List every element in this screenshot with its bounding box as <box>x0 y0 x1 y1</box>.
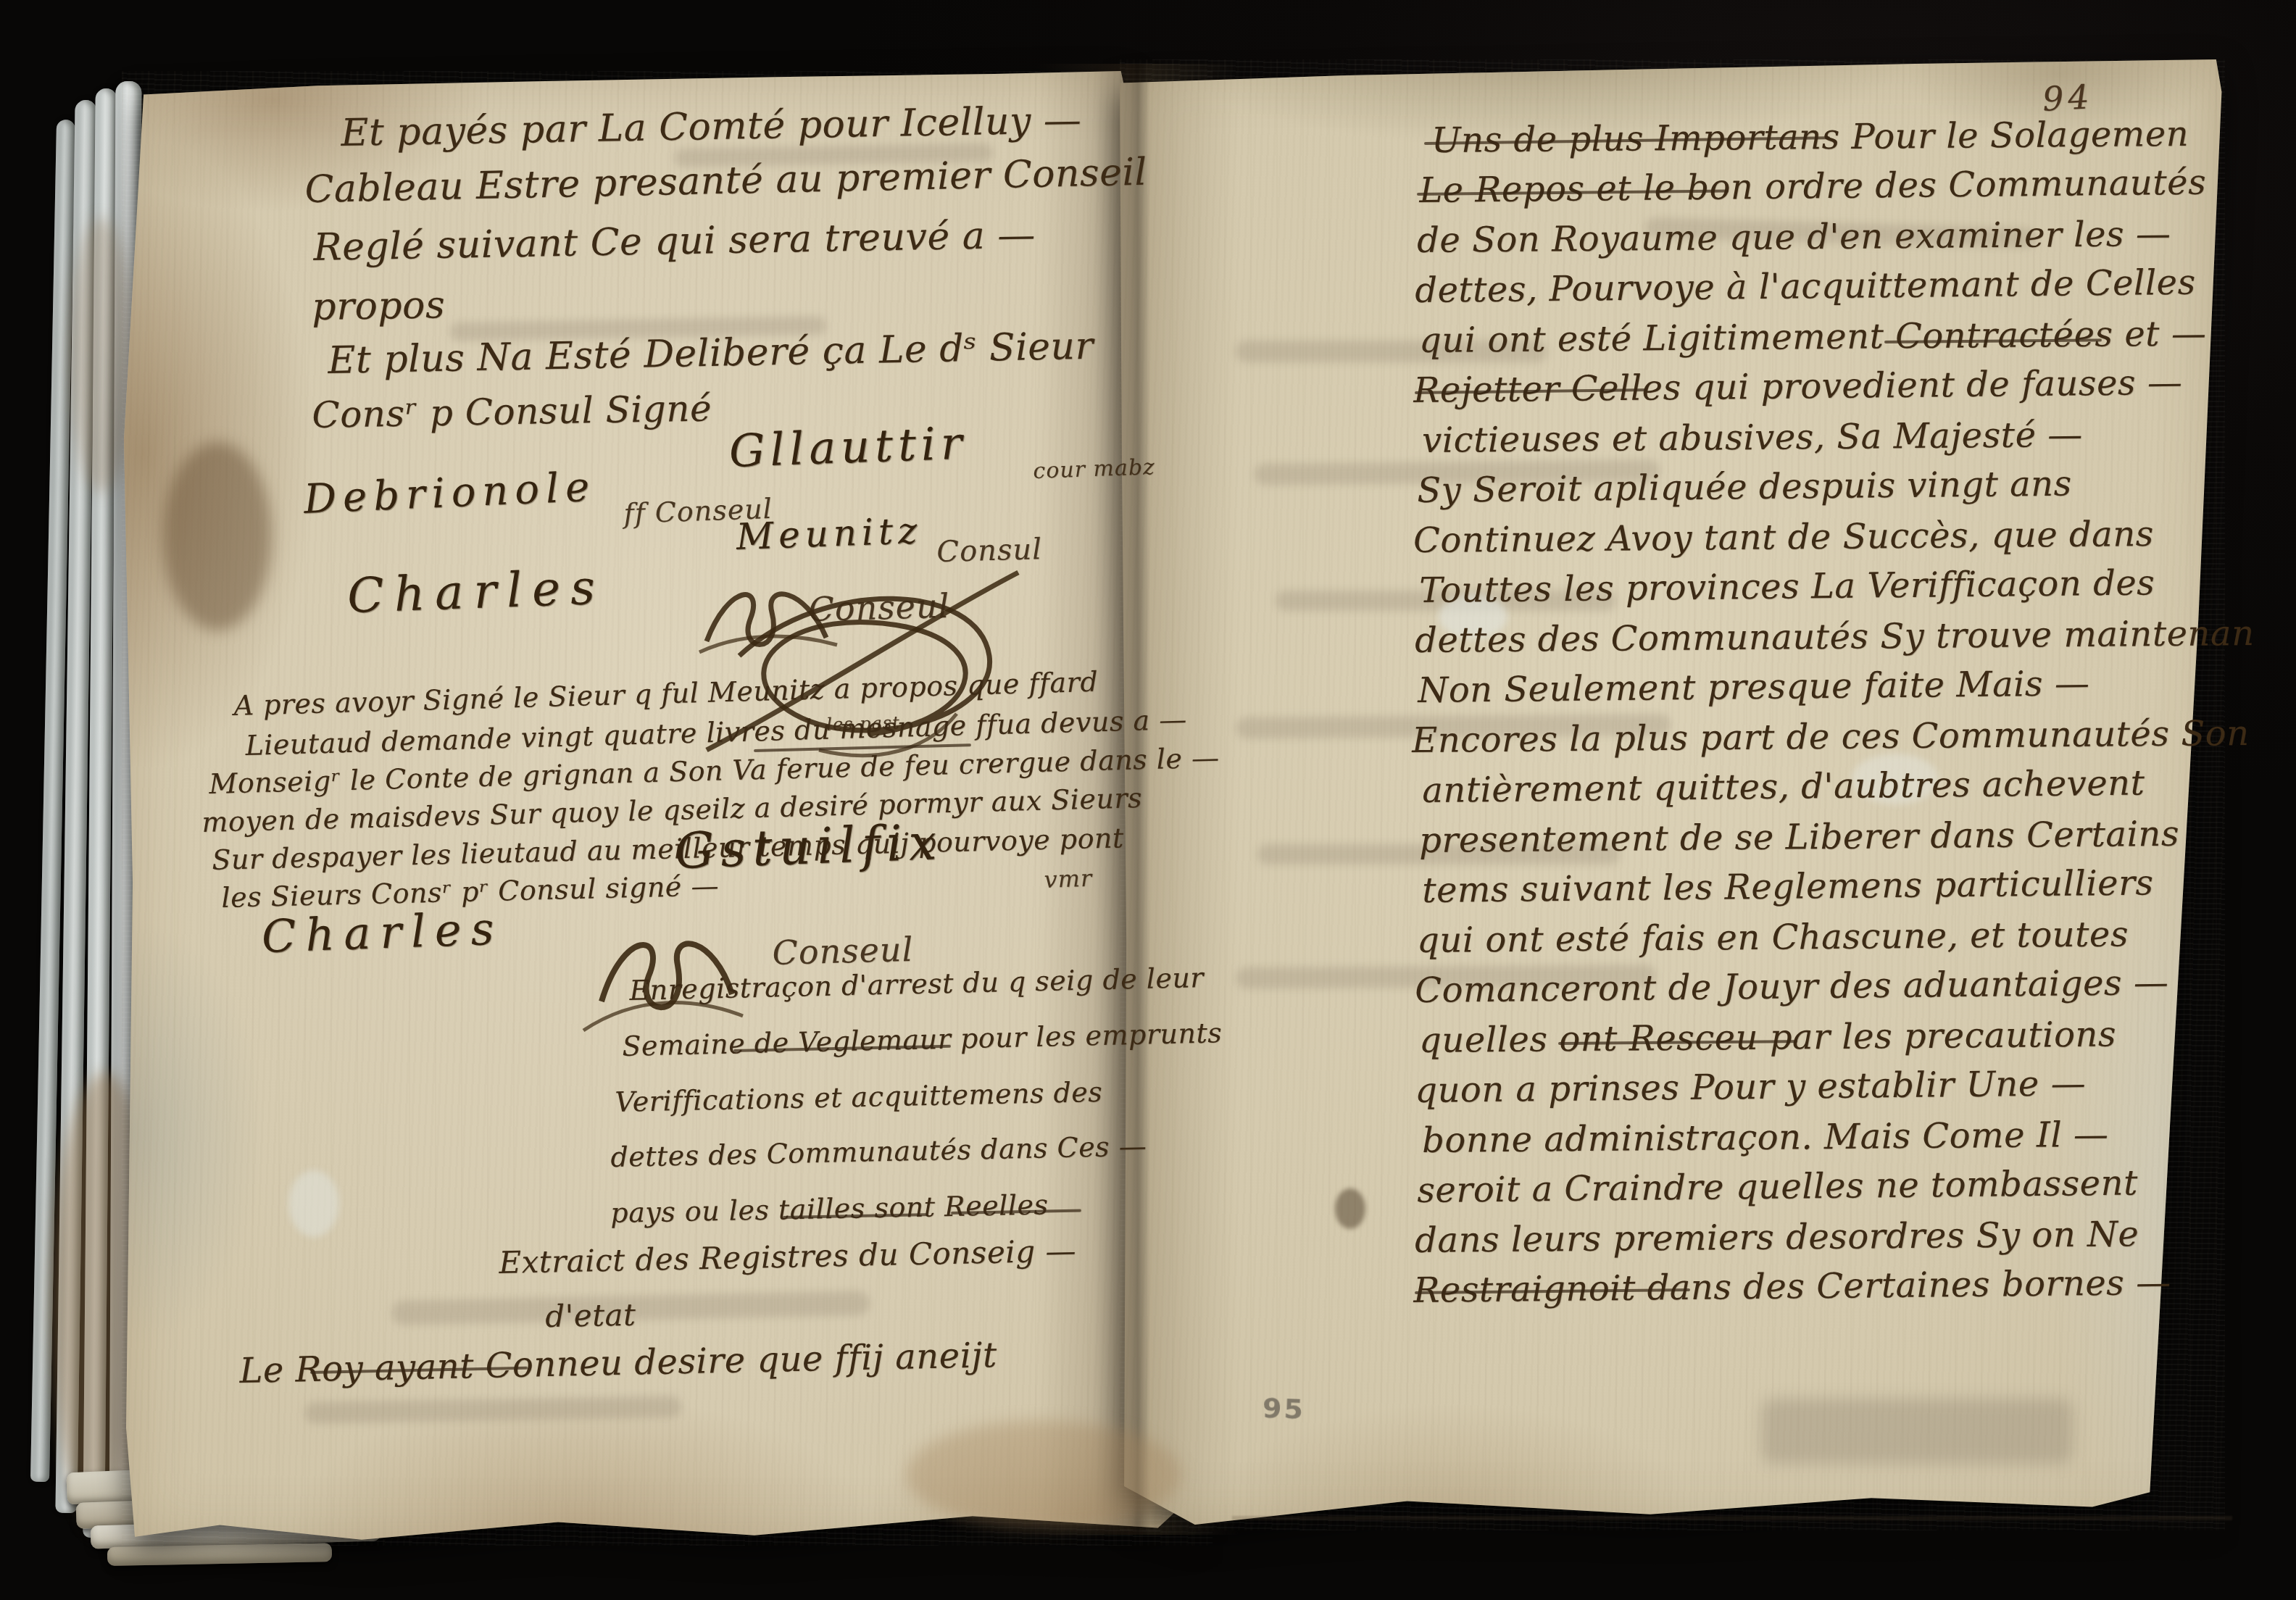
manuscript-line: d'etat <box>545 1300 636 1332</box>
manuscript-line: bonne administraçon. Mais Come Il — <box>1422 1117 2109 1158</box>
manuscript-line: Continuez Avoy tant de Succès, que dans <box>1413 517 2154 558</box>
manuscript-line: dettes des Communautés Sy trouve mainten… <box>1415 616 2255 658</box>
manuscript-line: presentement de se Liberer dans Certains <box>1419 817 2179 858</box>
signature-charles: Charles <box>346 564 606 620</box>
signature-title: Conseul <box>772 933 914 970</box>
manuscript-line: de Son Royaume que d'en examiner les — <box>1417 217 2171 258</box>
manuscript-line: Comanceront de Jouyr des aduantaiges — <box>1415 965 2169 1008</box>
manuscript-line: Restraignoit dans des Certaines bornes — <box>1413 1265 2171 1308</box>
signature-note: vmr <box>1044 867 1093 891</box>
dark-spot <box>1335 1188 1365 1229</box>
signature-gstuilfix: Gstuilfix <box>674 818 944 877</box>
ink-blot-stain <box>163 442 272 630</box>
manuscript-line: victieuses et abusives, Sa Majesté — <box>1422 417 2083 458</box>
signature-debrionole: Debrionole <box>303 467 596 520</box>
manuscript-line: Touttes les provinces La Verifficaçon de… <box>1419 565 2155 608</box>
manuscript-line: Sy Seroit apliquée despuis vingt ans <box>1417 467 2072 508</box>
manuscript-line: seroit a Craindre quelles ne tombassent <box>1417 1166 2138 1208</box>
manuscript-line: Rejetter Celles qui provedient de fauses… <box>1413 365 2183 408</box>
paper-repair-patch <box>288 1170 339 1237</box>
manuscript-line: Non Seulement presque faite Mais — <box>1418 666 2090 708</box>
manuscript-line: tems suivant les Reglemens particulliers <box>1422 865 2154 908</box>
signature-charles-second: Charles <box>261 906 504 959</box>
manuscript-line: dettes, Pourvoye à l'acquittemant de Cel… <box>1415 265 2196 308</box>
manuscript-line: quelles ont Resceu par les precautions <box>1419 1017 2116 1058</box>
signature-note: cour mabz <box>1033 457 1155 483</box>
folio-number-ink: 94 <box>2042 77 2095 119</box>
shelf-streak <box>1232 1516 2232 1520</box>
folio-number-stamp: 95 <box>1262 1392 1305 1425</box>
manuscript-line: Consʳ p Consul Signé <box>312 390 712 433</box>
manuscript-line: qui ont esté Ligitimement Contractées et… <box>1419 317 2206 358</box>
water-stain <box>906 1420 1181 1529</box>
manuscript-line: propos <box>312 286 445 326</box>
manuscript-photo: Et payés par La Comté pour Icelluy — Cab… <box>0 0 2296 1600</box>
signature-gllauttir: Gllauttir <box>728 421 968 474</box>
signature-title: Conseul <box>808 589 950 626</box>
ink-bleedthrough <box>1761 1399 2073 1464</box>
manuscript-line: quon a prinses Pour y establir Une — <box>1415 1066 2086 1108</box>
manuscript-line: qui ont esté fais en Chascune, et toutes <box>1417 917 2129 958</box>
leaf-corner <box>107 1543 332 1566</box>
manuscript-line: pays ou les tailles sont Reelles <box>610 1191 1049 1227</box>
manuscript-line: dans leurs premiers desordres Sy on Ne <box>1415 1217 2139 1258</box>
manuscript-line: antièrement quittes, d'aubtres achevent <box>1422 766 2145 808</box>
manuscript-line: Encores la plus part de ces Communautés … <box>1412 716 2250 758</box>
manuscript-line: Le Repos et le bon ordre des Communautés <box>1419 165 2206 208</box>
